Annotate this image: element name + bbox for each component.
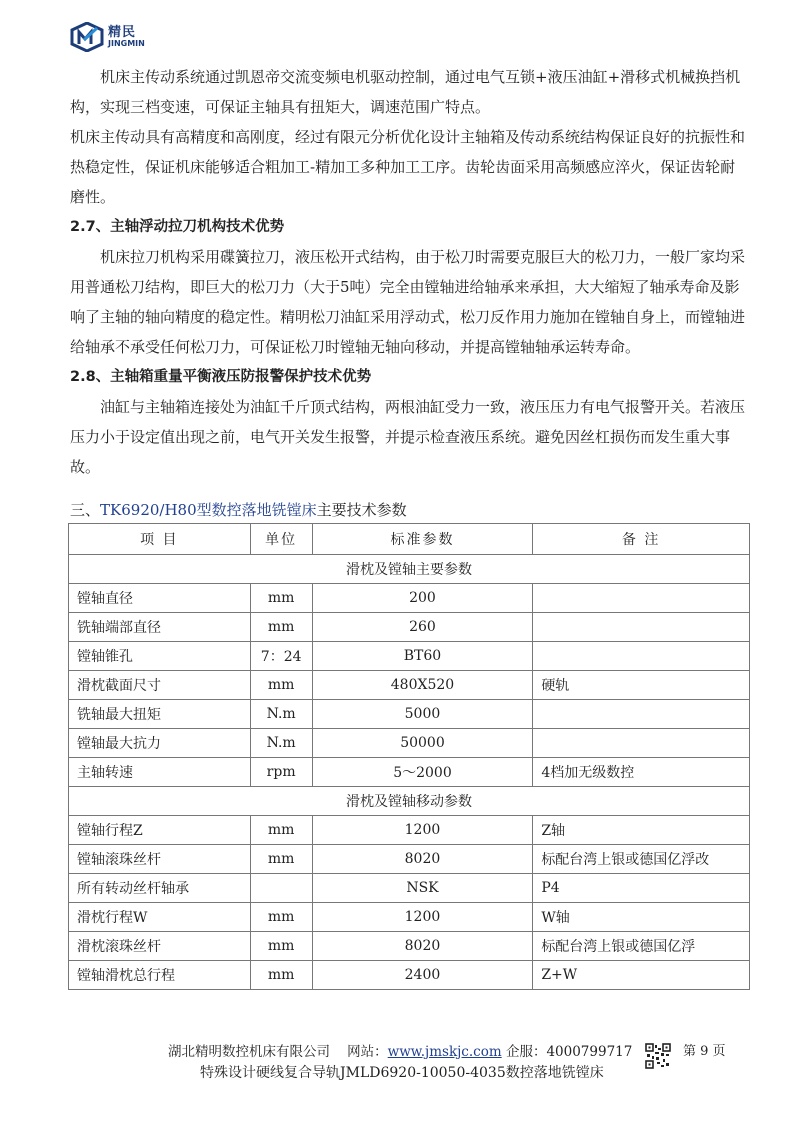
document-body: 机床主传动系统通过凯恩帝交流变频电机驱动控制，通过电气互锁+液压油缸+滑移式机械… [70, 62, 746, 482]
service-phone: 4000799717 [546, 1044, 632, 1060]
cell-unit: mm [250, 613, 312, 642]
cell-item: 铣轴最大扭矩 [69, 700, 251, 729]
table-row: 镗轴锥孔7：24BT60 [69, 642, 750, 671]
cell-value: 5000 [312, 700, 533, 729]
website-link[interactable]: www.jmskjc.com [388, 1044, 502, 1060]
cell-remark [533, 584, 750, 613]
cell-remark: P4 [533, 874, 750, 903]
logo-english: JINGMIN [108, 40, 145, 48]
jingmin-logo-icon [70, 22, 104, 52]
table-row: 镗轴行程Zmm1200Z轴 [69, 816, 750, 845]
company-name: 湖北精明数控机床有限公司 [168, 1044, 330, 1060]
page-number: 第 9 页 [683, 1040, 726, 1059]
cell-value: 8020 [312, 845, 533, 874]
paragraph: 机床拉刀机构采用碟簧拉刀，液压松开式结构，由于松刀时需要克服巨大的松刀力，一般厂… [70, 242, 746, 362]
cell-value: 2400 [312, 961, 533, 990]
table-header-row: 项 目 单位 标准参数 备 注 [69, 524, 750, 555]
cell-value: 480X520 [312, 671, 533, 700]
cell-item: 镗轴滚珠丝杆 [69, 845, 251, 874]
section-heading: 2.7、主轴浮动拉刀机构技术优势 [70, 212, 746, 242]
table-row: 所有转动丝杆轴承NSKP4 [69, 874, 750, 903]
cell-remark: 4档加无级数控 [533, 758, 750, 787]
cell-value: NSK [312, 874, 533, 903]
cell-unit: mm [250, 845, 312, 874]
website-label: 网站： [347, 1044, 388, 1060]
cell-item: 所有转动丝杆轴承 [69, 874, 251, 903]
cell-remark [533, 700, 750, 729]
cell-value: 260 [312, 613, 533, 642]
cell-item: 滑枕行程W [69, 903, 251, 932]
cell-unit [250, 874, 312, 903]
cell-unit: N.m [250, 729, 312, 758]
cell-unit: N.m [250, 700, 312, 729]
paragraph: 机床主传动具有高精度和高刚度，经过有限元分析优化设计主轴箱及传动系统结构保证良好… [70, 122, 746, 212]
table-row: 滑枕截面尺寸mm480X520硬轨 [69, 671, 750, 700]
cell-item: 镗轴直径 [69, 584, 251, 613]
cell-unit: mm [250, 932, 312, 961]
cell-item: 镗轴最大抗力 [69, 729, 251, 758]
table-section-row: 滑枕及镗轴主要参数 [69, 555, 750, 584]
cell-remark: 标配台湾上银或德国亿浮 [533, 932, 750, 961]
cell-item: 滑枕滚珠丝杆 [69, 932, 251, 961]
cell-item: 镗轴锥孔 [69, 642, 251, 671]
table-section-row: 滑枕及镗轴移动参数 [69, 787, 750, 816]
table-row: 镗轴直径mm200 [69, 584, 750, 613]
logo-chinese: 精民 [108, 26, 145, 39]
model-name: TK6920/H80型数控落地铣镗床 [100, 501, 317, 519]
cell-value: 1200 [312, 816, 533, 845]
cell-value: 5～2000 [312, 758, 533, 787]
paragraph: 油缸与主轴箱连接处为油缸千斤顶式结构，两根油缸受力一致，液压压力有电气报警开关。… [70, 392, 746, 482]
cell-unit: mm [250, 671, 312, 700]
spec-table: 项 目 单位 标准参数 备 注 滑枕及镗轴主要参数 镗轴直径mm200 铣轴端部… [68, 523, 750, 990]
header-remark: 备 注 [533, 524, 750, 555]
cell-remark [533, 729, 750, 758]
cell-item: 滑枕截面尺寸 [69, 671, 251, 700]
cell-item: 镗轴滑枕总行程 [69, 961, 251, 990]
section-title-suffix: 主要技术参数 [317, 501, 407, 519]
table-row: 铣轴最大扭矩N.m5000 [69, 700, 750, 729]
cell-value: BT60 [312, 642, 533, 671]
cell-remark: Z轴 [533, 816, 750, 845]
cell-unit: rpm [250, 758, 312, 787]
cell-value: 8020 [312, 932, 533, 961]
cell-unit: 7：24 [250, 642, 312, 671]
section-label: 滑枕及镗轴移动参数 [69, 787, 750, 816]
header-unit: 单位 [250, 524, 312, 555]
cell-remark: Z+W [533, 961, 750, 990]
cell-unit: mm [250, 903, 312, 932]
cell-unit: mm [250, 584, 312, 613]
product-line: 特殊设计硬线复合导轨JMLD6920-10050-4035数控落地铣镗床 [200, 1062, 604, 1082]
header-standard: 标准参数 [312, 524, 533, 555]
table-row: 镗轴最大抗力N.m50000 [69, 729, 750, 758]
cell-unit: mm [250, 961, 312, 990]
section-label: 滑枕及镗轴主要参数 [69, 555, 750, 584]
header-item: 项 目 [69, 524, 251, 555]
cell-unit: mm [250, 816, 312, 845]
cell-remark: 标配台湾上银或德国亿浮改 [533, 845, 750, 874]
cell-remark [533, 613, 750, 642]
table-row: 镗轴滑枕总行程mm2400Z+W [69, 961, 750, 990]
table-row: 主轴转速rpm5～20004档加无级数控 [69, 758, 750, 787]
table-row: 滑枕滚珠丝杆mm8020标配台湾上银或德国亿浮 [69, 932, 750, 961]
cell-item: 镗轴行程Z [69, 816, 251, 845]
cell-value: 1200 [312, 903, 533, 932]
section-number: 三、 [70, 501, 100, 519]
cell-remark: W轴 [533, 903, 750, 932]
cell-value: 50000 [312, 729, 533, 758]
section-title: 三、TK6920/H80型数控落地铣镗床主要技术参数 [70, 498, 407, 522]
cell-remark [533, 642, 750, 671]
service-label: 企服： [506, 1044, 547, 1060]
qr-code-icon [645, 1043, 671, 1069]
table-row: 滑枕行程Wmm1200W轴 [69, 903, 750, 932]
table-row: 镗轴滚珠丝杆mm8020标配台湾上银或德国亿浮改 [69, 845, 750, 874]
company-logo: 精民 JINGMIN [70, 22, 145, 52]
cell-value: 200 [312, 584, 533, 613]
table-row: 铣轴端部直径mm260 [69, 613, 750, 642]
paragraph: 机床主传动系统通过凯恩帝交流变频电机驱动控制，通过电气互锁+液压油缸+滑移式机械… [70, 62, 746, 122]
cell-item: 主轴转速 [69, 758, 251, 787]
cell-item: 铣轴端部直径 [69, 613, 251, 642]
section-heading: 2.8、主轴箱重量平衡液压防报警保护技术优势 [70, 362, 746, 392]
cell-remark: 硬轨 [533, 671, 750, 700]
